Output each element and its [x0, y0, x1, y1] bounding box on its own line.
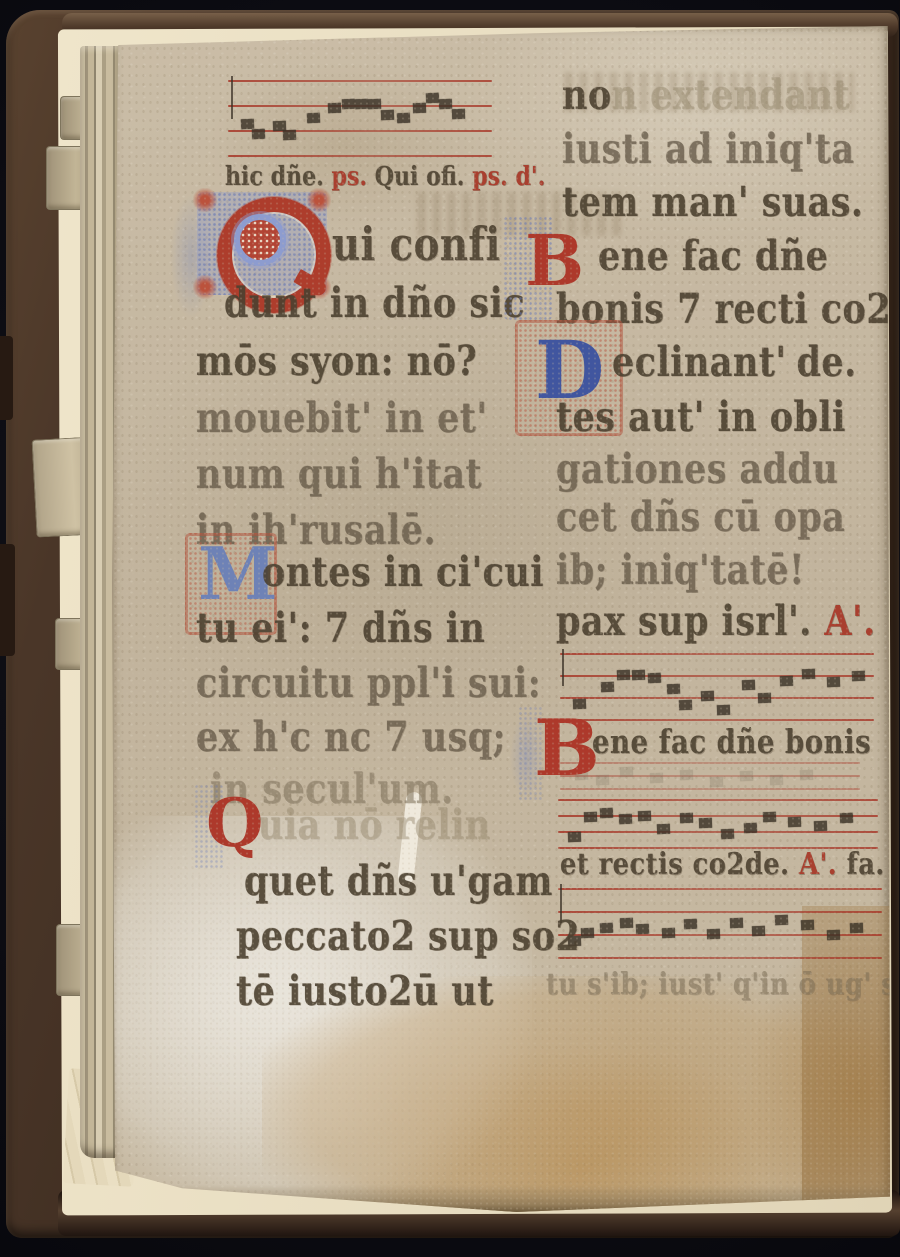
neume: [620, 767, 633, 777]
text-line: tes aut' in obli: [556, 392, 846, 441]
staff-line: [560, 653, 874, 655]
corner-ornament: [193, 188, 217, 212]
text-line: ex h'c nc 7 usq;: [196, 712, 506, 761]
neume: [397, 112, 410, 122]
neume: [717, 705, 730, 715]
rubric-segment-red: ps. d'.: [465, 160, 546, 191]
neume: [600, 923, 613, 933]
neume: [740, 771, 753, 781]
text-line: eclinant' de.: [612, 337, 857, 386]
initial-letter: Q: [206, 790, 264, 856]
neume: [827, 676, 840, 686]
neume: [699, 818, 712, 828]
corner-ornament: [307, 188, 331, 212]
chant-text-line: et rectis co2de. A'. fa.: [560, 846, 885, 882]
chant-text-line: ene fac dñe bonis: [592, 724, 871, 762]
initial-roundel: [240, 220, 280, 260]
neume: [368, 99, 381, 109]
neume: [679, 813, 692, 823]
neume: [801, 920, 814, 930]
text-line: num qui h'itat: [196, 449, 482, 498]
neume: [662, 928, 675, 938]
corner-ornament: [193, 275, 217, 299]
staff-line: [558, 831, 878, 833]
music-staff-left-top: [228, 80, 492, 159]
neume: [775, 915, 788, 925]
cover-strap-nub: [0, 544, 15, 656]
text-line: iusti ad iniq'ta: [562, 124, 855, 173]
text-line: peccato2 sup so2: [236, 911, 580, 960]
neume: [307, 112, 320, 122]
neume: [632, 670, 645, 680]
neume: [341, 99, 354, 109]
neume: [742, 680, 755, 690]
text-segment-faded: n extendant: [612, 70, 850, 119]
neume: [241, 119, 254, 129]
neume: [849, 923, 862, 933]
antiphon-mark: A'.: [790, 846, 838, 882]
neume: [763, 812, 776, 822]
text-segment: no: [562, 70, 612, 119]
neume: [788, 817, 801, 827]
text-segment: et rectis co2de.: [560, 846, 790, 882]
text-line: ene fac dñe: [598, 231, 828, 280]
initial-Q-red: Q: [206, 790, 260, 866]
neume: [657, 824, 670, 834]
music-staff-right-ghost: [560, 762, 860, 792]
neume: [814, 821, 827, 831]
text-line: dunt in dño sic: [224, 278, 525, 327]
text-line: uia nō relin: [258, 800, 491, 849]
text-line: cet dñs cū opa: [556, 492, 845, 541]
cover-strap-nub: [0, 336, 13, 420]
text-line: mōs syon: nō?: [196, 336, 477, 385]
manuscript-leaf: hic dñe. ps. Qui ofi. ps. d'. Q ui confi…: [112, 26, 890, 1212]
staff-line: [558, 911, 882, 913]
neume: [283, 130, 296, 140]
neume: [616, 670, 629, 680]
rubric-segment-red: ps.: [324, 160, 375, 191]
staff-line: [228, 80, 492, 82]
text-line: ib; iniq'tatē!: [556, 545, 805, 594]
staff-line: [560, 788, 860, 790]
neume: [780, 675, 793, 685]
staff-line: [228, 155, 492, 157]
text-segment-lineend: de.: [796, 337, 856, 386]
neume: [355, 99, 368, 109]
neume: [381, 110, 394, 120]
text-line: tē iusto2ū ut: [236, 966, 494, 1015]
staff-line: [558, 799, 878, 801]
neume: [802, 669, 815, 679]
neume: [583, 811, 596, 821]
neume: [680, 770, 693, 780]
neume: [252, 129, 265, 139]
text-line: tem man' suas.: [562, 177, 864, 226]
staff-line: [560, 697, 874, 699]
neume: [710, 776, 723, 786]
neume: [839, 813, 852, 823]
text-line: ui confi: [332, 218, 501, 271]
neume: [752, 925, 765, 935]
neume: [667, 684, 680, 694]
neume: [730, 917, 743, 927]
antiphon-mark: A'.: [812, 596, 876, 645]
neume: [758, 693, 771, 703]
photo-scene: hic dñe. ps. Qui ofi. ps. d'. Q ui confi…: [0, 0, 900, 1257]
rubric-segment: Qui ofi.: [375, 160, 465, 191]
text-line: gationes addu: [556, 444, 838, 493]
neume: [800, 770, 813, 780]
neume: [601, 682, 614, 692]
neume: [721, 829, 734, 839]
staff-line: [560, 762, 860, 764]
neume: [636, 924, 649, 934]
neume: [599, 808, 612, 818]
neume: [452, 109, 465, 119]
neume: [439, 99, 452, 109]
staff-line: [558, 957, 882, 959]
rubric-heading: hic dñe. ps. Qui ofi. ps. d'.: [225, 160, 501, 191]
neume: [852, 671, 865, 681]
text-line: quet dñs u'gam: [244, 856, 553, 905]
neume: [770, 775, 783, 785]
text-line: tu ei': 7 dñs in: [196, 603, 485, 652]
initial-letter: B: [534, 710, 600, 788]
neume: [827, 930, 840, 940]
neume: [567, 832, 580, 842]
text-line: circuitu ppl'i sui:: [196, 658, 541, 707]
neume: [413, 102, 426, 112]
staff-line: [560, 719, 874, 721]
text-line: mouebit' in et': [196, 393, 488, 442]
neume: [619, 814, 632, 824]
neume: [638, 811, 651, 821]
text-line: non extendant: [562, 70, 850, 119]
neume: [426, 92, 439, 102]
neume: [679, 699, 692, 709]
initial-B-red-small: B: [530, 710, 586, 802]
neume: [648, 673, 661, 683]
neume: [619, 917, 632, 927]
text-segment: pax sup isrl'.: [556, 596, 812, 645]
catchline: tu s'ib; iust' q'in ō ug' sco.: [546, 966, 900, 1002]
music-staff-right-b: [558, 799, 878, 851]
staff-start-mark: [562, 649, 565, 686]
rubric-segment: hic dñe.: [225, 160, 324, 191]
staff-line: [228, 130, 492, 132]
neume: [743, 823, 756, 833]
text-segment: fa.: [837, 846, 885, 882]
neume: [707, 929, 720, 939]
text-line: ontes in ci'cui: [262, 547, 544, 596]
text-segment: eclinant': [612, 337, 787, 386]
neume: [328, 102, 341, 112]
staff-start-mark: [231, 76, 234, 119]
neume: [684, 918, 697, 928]
neume: [581, 928, 594, 938]
staff-line: [558, 888, 882, 890]
neume: [701, 691, 714, 701]
neume: [650, 772, 663, 782]
text-line: pax sup isrl'. A'.: [556, 596, 876, 645]
music-staff-right-a: [560, 653, 874, 723]
music-staff-right-c: [558, 888, 882, 961]
